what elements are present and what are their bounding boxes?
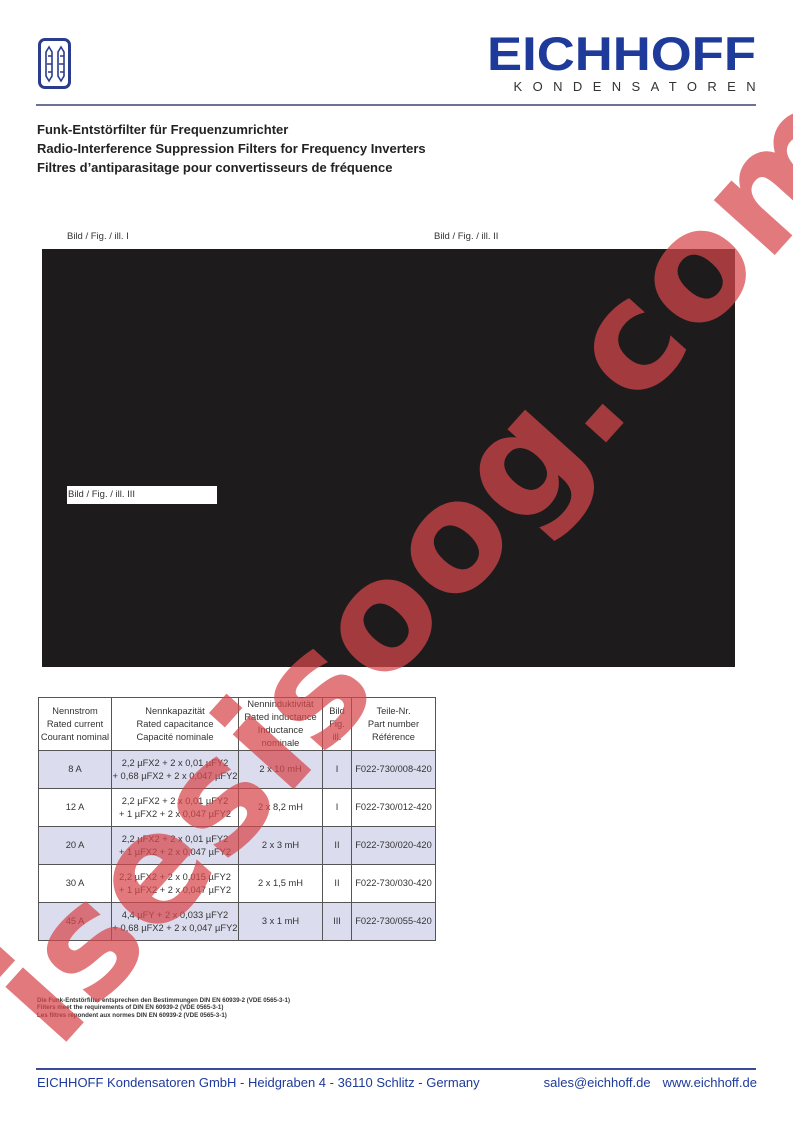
title-english: Radio-Interference Suppression Filters f… [37,139,426,158]
cell-figure: I [323,751,352,789]
company-address: EICHHOFF Kondensatoren GmbH - Heidgraben… [37,1075,480,1090]
website-link[interactable]: www.eichhoff.de [663,1075,757,1090]
title-french: Filtres d’antiparasitage pour convertiss… [37,158,426,177]
cell-current: 30 A [39,865,112,903]
specification-table: NennstromRated currentCourant nominal Ne… [38,697,436,941]
ee-monogram-icon [43,44,67,84]
cell-capacitance: 2,2 µFX2 + 2 x 0,015 µFY2+ 1 µFX2 + 2 x … [112,865,239,903]
figure-3-label: Bild / Fig. / ill. III [67,486,217,504]
cell-current: 45 A [39,903,112,941]
standards-english: Filters meet the requirements of DIN EN … [37,1004,290,1011]
header-rated-inductance: NenninduktivitätRated inductanceInductan… [239,698,323,751]
standards-note: Die Funk-Entstörfilter entsprechen den B… [37,997,290,1019]
cell-current: 12 A [39,789,112,827]
cell-inductance: 2 x 1,5 mH [239,865,323,903]
cell-capacitance: 2,2 µFX2 + 2 x 0,01 µFY2+ 0,68 µFX2 + 2 … [112,751,239,789]
table-row: 8 A 2,2 µFX2 + 2 x 0,01 µFY2+ 0,68 µFX2 … [39,751,436,789]
header-figure: BildFig.ill. [323,698,352,751]
figure-image-area [42,249,735,667]
table-row: 30 A 2,2 µFX2 + 2 x 0,015 µFY2+ 1 µFX2 +… [39,865,436,903]
contact-links: sales@eichhoff.dewww.eichhoff.de [544,1075,757,1090]
cell-inductance: 2 x 10 mH [239,751,323,789]
standards-german: Die Funk-Entstörfilter entsprechen den B… [37,997,290,1004]
table-header-row: NennstromRated currentCourant nominal Ne… [39,698,436,751]
cell-current: 8 A [39,751,112,789]
title-german: Funk-Entstörfilter für Frequenzumrichter [37,120,426,139]
cell-part-number: F022-730/020-420 [352,827,436,865]
header-divider [36,104,756,106]
cell-part-number: F022-730/055-420 [352,903,436,941]
company-logo [38,38,71,89]
standards-french: Les filtres répondent aux normes DIN EN … [37,1012,290,1019]
table-row: 45 A 4,4 µFY + 2 x 0,033 µFY2+ 0,68 µFX2… [39,903,436,941]
cell-inductance: 3 x 1 mH [239,903,323,941]
figure-1-label: Bild / Fig. / ill. I [67,231,129,242]
header-rated-current: NennstromRated currentCourant nominal [39,698,112,751]
footer-divider [36,1068,756,1070]
brand-subtitle: KONDENSATOREN [436,79,766,94]
cell-part-number: F022-730/008-420 [352,751,436,789]
header-part-number: Teile-Nr.Part numberRéférence [352,698,436,751]
figure-2-label: Bild / Fig. / ill. II [434,231,498,242]
cell-capacitance: 4,4 µFY + 2 x 0,033 µFY2+ 0,68 µFX2 + 2 … [112,903,239,941]
cell-figure: III [323,903,352,941]
table-row: 20 A 2,2 µFX2 + 2 x 0,01 µFY2+ 1 µFX2 + … [39,827,436,865]
document-titles: Funk-Entstörfilter für Frequenzumrichter… [37,120,426,177]
cell-inductance: 2 x 8,2 mH [239,789,323,827]
cell-figure: II [323,865,352,903]
header-rated-capacitance: NennkapazitätRated capacitanceCapacité n… [112,698,239,751]
cell-figure: I [323,789,352,827]
cell-part-number: F022-730/012-420 [352,789,436,827]
cell-inductance: 2 x 3 mH [239,827,323,865]
cell-capacitance: 2,2 µFX2 + 2 x 0,01 µFY2+ 1 µFX2 + 2 x 0… [112,789,239,827]
cell-capacitance: 2,2 µFX2 + 2 x 0,01 µFY2+ 1 µFX2 + 2 x 0… [112,827,239,865]
email-link[interactable]: sales@eichhoff.de [544,1075,651,1090]
brand-name: EICHHOFF [398,32,756,76]
cell-part-number: F022-730/030-420 [352,865,436,903]
table-row: 12 A 2,2 µFX2 + 2 x 0,01 µFY2+ 1 µFX2 + … [39,789,436,827]
cell-current: 20 A [39,827,112,865]
brand-wordmark: EICHHOFF KONDENSATOREN [436,32,756,94]
cell-figure: II [323,827,352,865]
